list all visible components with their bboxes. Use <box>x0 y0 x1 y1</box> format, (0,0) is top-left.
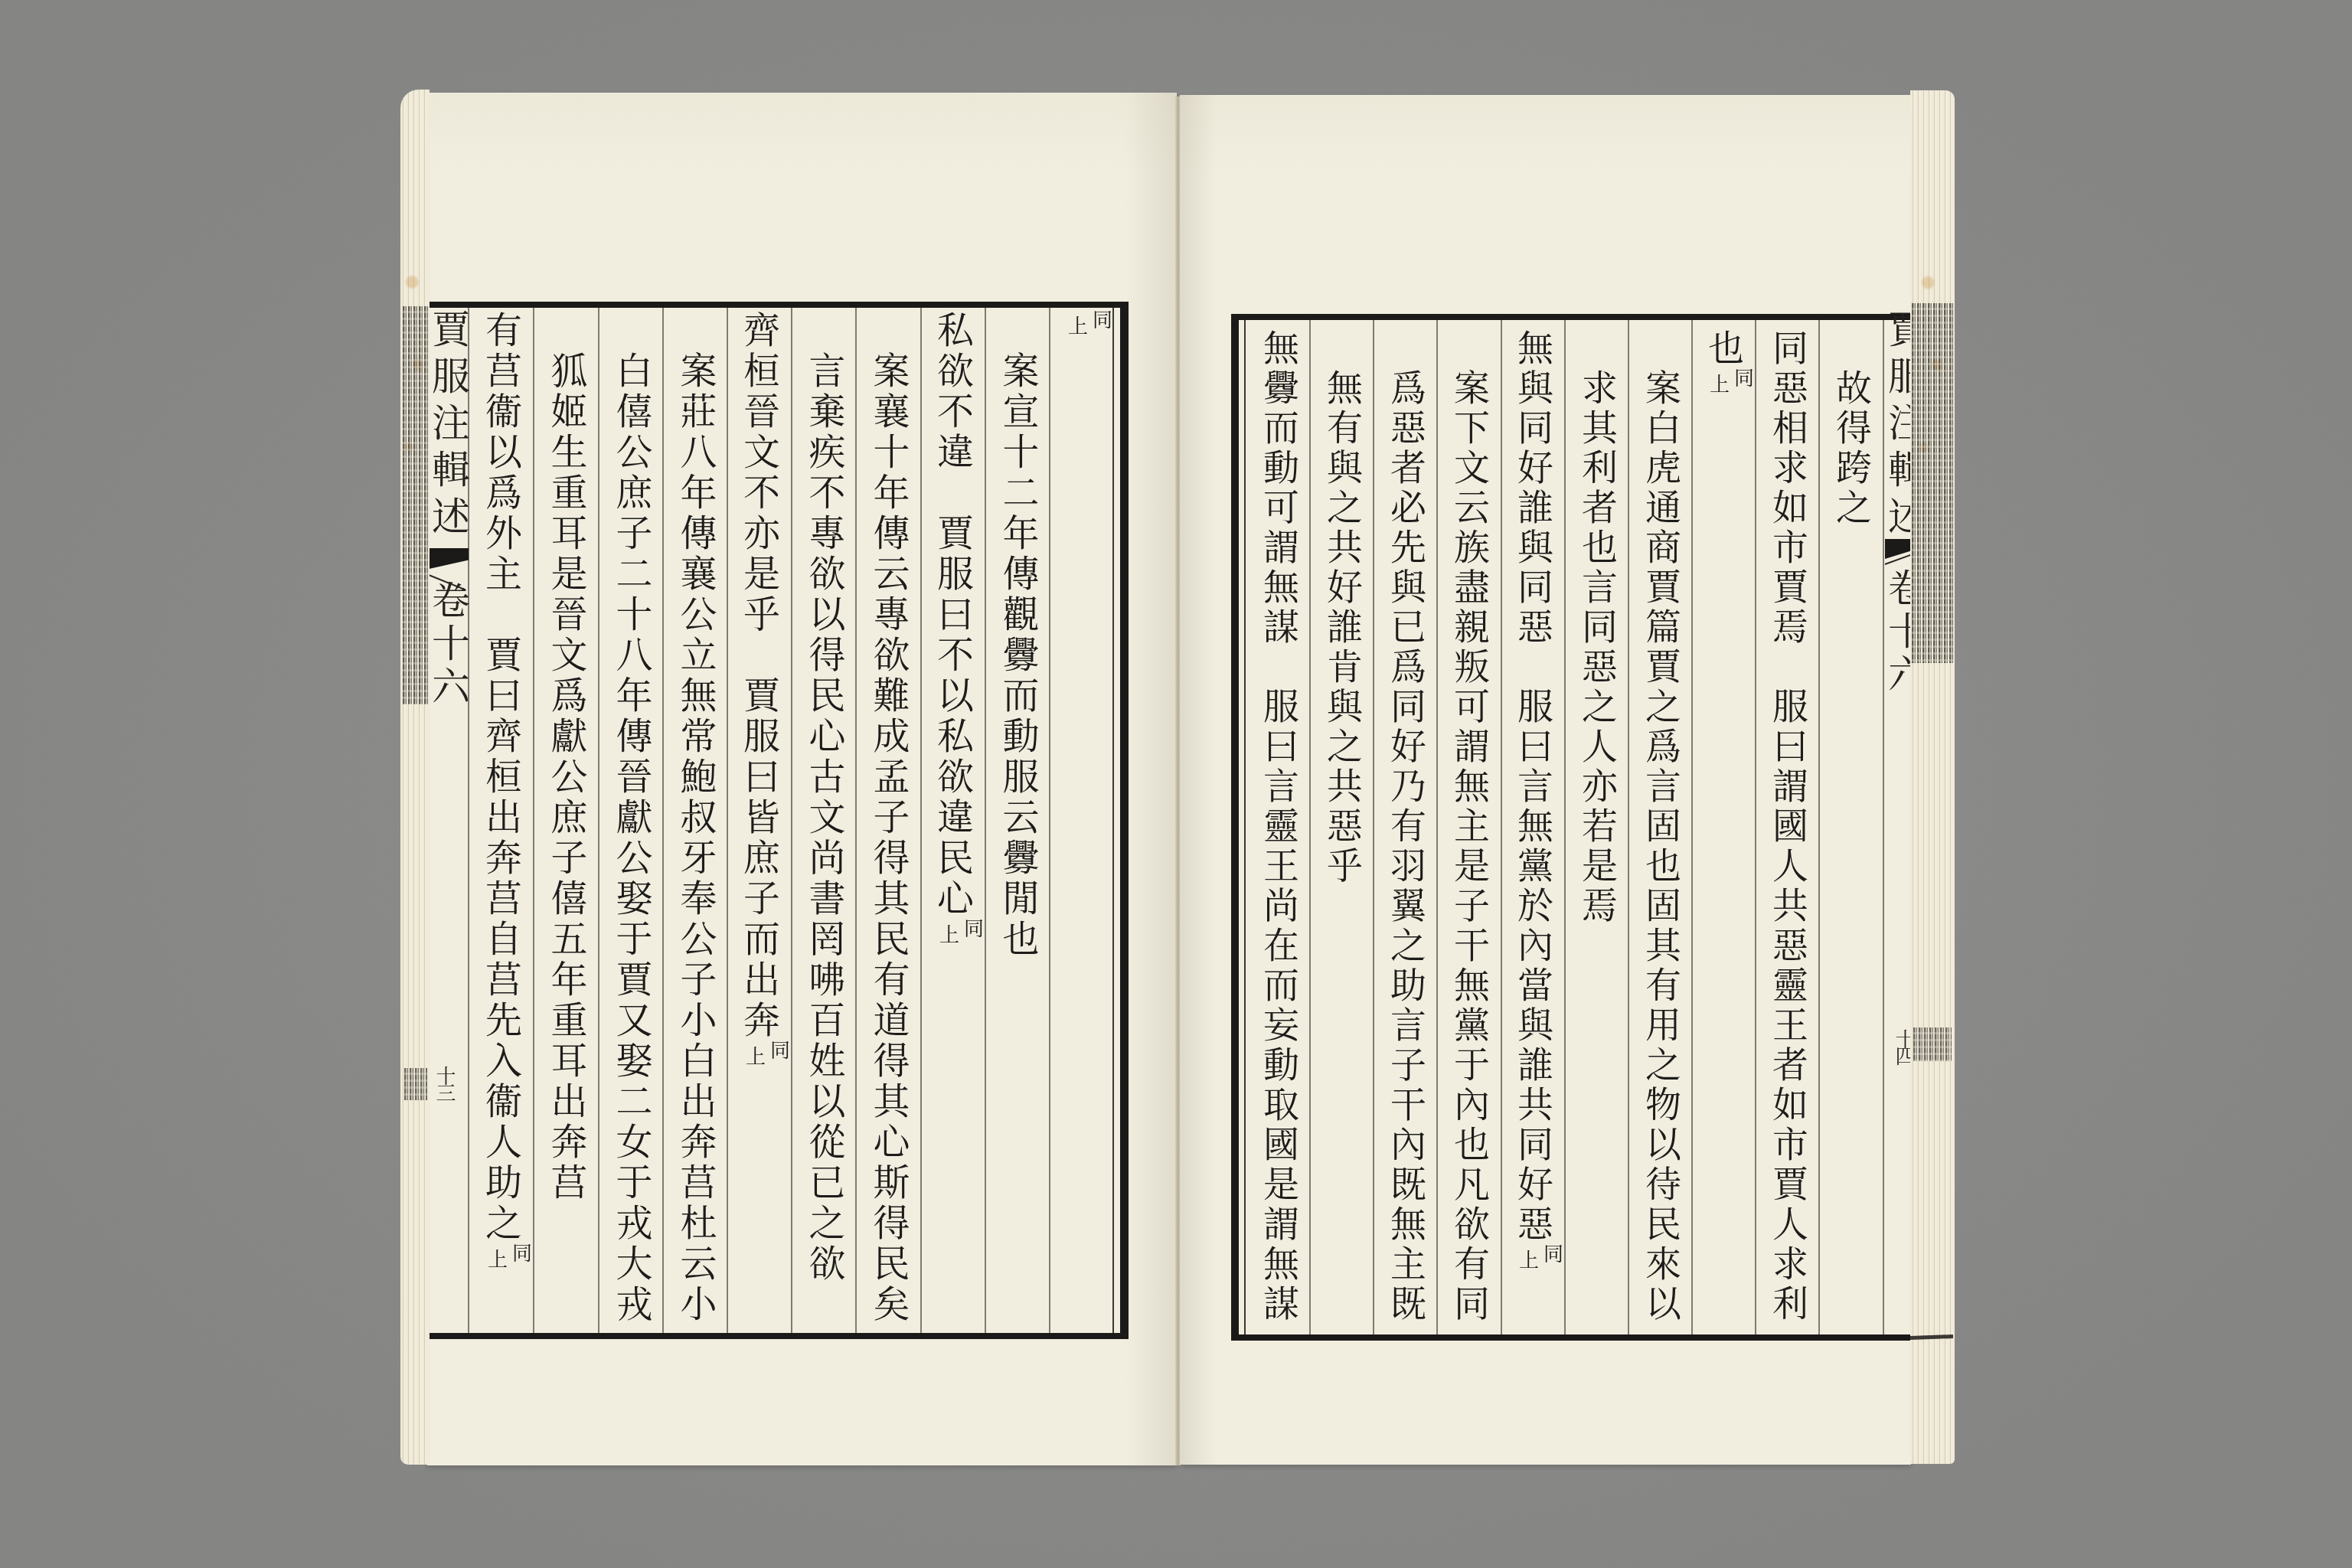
frame-left-border <box>1231 314 1239 1341</box>
text-column: 無有與之共好誰肯與之共惡乎 <box>1310 329 1374 887</box>
center-strip-volume: 卷十六 <box>429 580 467 709</box>
text-column: 案白虎通商賈篇賈之爲言固也固其有用之物以待民來以 <box>1628 329 1692 1325</box>
text-column: 白僖公庶子二十八年傳晉獻公娶于賈又娶二女于戎大戎 <box>599 311 663 1325</box>
stack-ink-marks <box>403 306 429 704</box>
classic-text: 有莒衞以爲外主 <box>479 311 522 595</box>
classic-text: 故得跨之 <box>1830 369 1872 528</box>
text-column: 無與同好誰與同惡服曰言無黨於內當與誰共同好惡同上 <box>1501 329 1565 1283</box>
text-column: 案宣十二年傳觀釁而動服云釁閒也 <box>985 311 1050 960</box>
tongshang-note: 同上 <box>486 1244 534 1282</box>
center-strip-title: 賈服注輯述 <box>429 309 467 543</box>
frame-top-border <box>1231 314 1920 320</box>
tongshang-note: 同上 <box>938 920 985 958</box>
text-column: 求其利者也言同惡之人亦若是焉 <box>1565 329 1628 926</box>
annotation-text: 賈曰齊桓出奔莒自莒先入衞人助之 <box>479 635 522 1244</box>
commentary-main-text: 求其利者也言同惡之人亦若是焉 <box>1576 369 1618 926</box>
text-column: 案下文云族盡親叛可謂無主是子干無黨于內也凡欲有同 <box>1437 329 1501 1325</box>
commentary-main-text: 爲惡者必先與已爲同好乃有羽翼之助言子干內既無主既 <box>1384 369 1426 1325</box>
page-number: 十三 <box>429 1066 459 1099</box>
stack-ink-marks <box>1912 303 1953 663</box>
frame-bottom-border <box>420 1333 1129 1339</box>
frame-top-border <box>420 302 1129 308</box>
tongshang-note: 同上 <box>1708 369 1756 407</box>
frame-bottom-border <box>1231 1334 1920 1341</box>
tongshang-note: 同上 <box>1517 1245 1565 1283</box>
tongshang-note: 同上 <box>744 1041 792 1080</box>
text-column: 齊桓晉文不亦是乎賈服曰皆庶子而出奔同上 <box>727 311 792 1080</box>
frame-right-border <box>1120 302 1129 1339</box>
left-page-edge-stack <box>400 90 430 1465</box>
commentary-main-text: 案襄十年傳云專欲難成孟子得其民有道得其心斯得民矣 <box>867 351 910 1325</box>
commentary-main-text: 白僖公庶子二十八年傳晉獻公娶于賈又娶二女于戎大戎 <box>609 351 652 1325</box>
text-column: 言棄疾不專欲以得民心古文尚書罔咈百姓以從已之欲 <box>792 311 856 1285</box>
text-column: 爲惡者必先與已爲同好乃有羽翼之助言子干內既無主既 <box>1374 329 1437 1325</box>
annotation-text: 賈服曰皆庶子而出奔 <box>737 676 780 1041</box>
text-column: 無釁而動可謂無謀服曰言靈王尚在而妄動取國是謂無謀 <box>1246 329 1310 1325</box>
classic-text: 無釁而動可謂無謀 <box>1257 329 1299 648</box>
text-column: 案襄十年傳云專欲難成孟子得其民有道得其心斯得民矣 <box>856 311 920 1325</box>
classic-text: 無與同好誰與同惡 <box>1511 329 1553 648</box>
commentary-main-text: 案下文云族盡親叛可謂無主是子干無黨于內也凡欲有同 <box>1448 369 1490 1325</box>
text-column: 同上 <box>1050 311 1114 349</box>
classic-text: 齊桓晉文不亦是乎 <box>737 311 780 635</box>
annotation-text: 也 <box>1702 329 1744 369</box>
text-column: 也同上 <box>1692 329 1756 407</box>
commentary-main-text: 狐姬生重耳是晉文爲獻公庶子僖五年重耳出奔莒 <box>544 351 587 1204</box>
frame-left-inner-line <box>1244 320 1246 1334</box>
annotation-text: 服曰言靈王尚在而妄動取國是謂無謀 <box>1257 688 1299 1325</box>
classic-text: 同惡相求如市賈焉 <box>1766 329 1808 648</box>
text-column: 案莊八年傳襄公立無常鮑叔牙奉公子小白出奔莒杜云小 <box>663 311 727 1325</box>
commentary-main-text: 案莊八年傳襄公立無常鮑叔牙奉公子小白出奔莒杜云小 <box>674 351 717 1325</box>
text-column: 狐姬生重耳是晉文爲獻公庶子僖五年重耳出奔莒 <box>534 311 598 1204</box>
text-column: 同惡相求如市賈焉服曰謂國人共惡靈王者如市賈人求利 <box>1756 329 1819 1325</box>
commentary-main-text: 案白虎通商賈篇賈之爲言固也固其有用之物以待民來以 <box>1639 369 1681 1325</box>
commentary-main-text: 無有與之共好誰肯與之共惡乎 <box>1321 369 1363 887</box>
text-column: 故得跨之 <box>1819 329 1883 528</box>
text-column: 私欲不違賈服曰不以私欲違民心同上 <box>921 311 985 958</box>
commentary-main-text: 案宣十二年傳觀釁而動服云釁閒也 <box>996 351 1039 960</box>
text-column: 有莒衞以爲外主賈曰齊桓出奔莒自莒先入衞人助之同上 <box>469 311 534 1282</box>
commentary-main-text: 言棄疾不專欲以得民心古文尚書罔咈百姓以從已之欲 <box>802 351 845 1285</box>
stack-ink-marks <box>1913 1027 1952 1061</box>
annotation-text: 賈服曰不以私欲違民心 <box>931 514 974 920</box>
frame-right-inner-line <box>1112 308 1114 1333</box>
annotation-text: 服曰言無黨於內當與誰共同好惡 <box>1511 688 1553 1245</box>
stack-ink-marks <box>404 1068 427 1100</box>
tongshang-note: 同上 <box>1067 311 1114 349</box>
annotation-text: 服曰謂國人共惡靈王者如市賈人求利 <box>1766 688 1808 1325</box>
right-page-edge-stack <box>1910 90 1955 1464</box>
classic-text: 私欲不違 <box>931 311 974 473</box>
